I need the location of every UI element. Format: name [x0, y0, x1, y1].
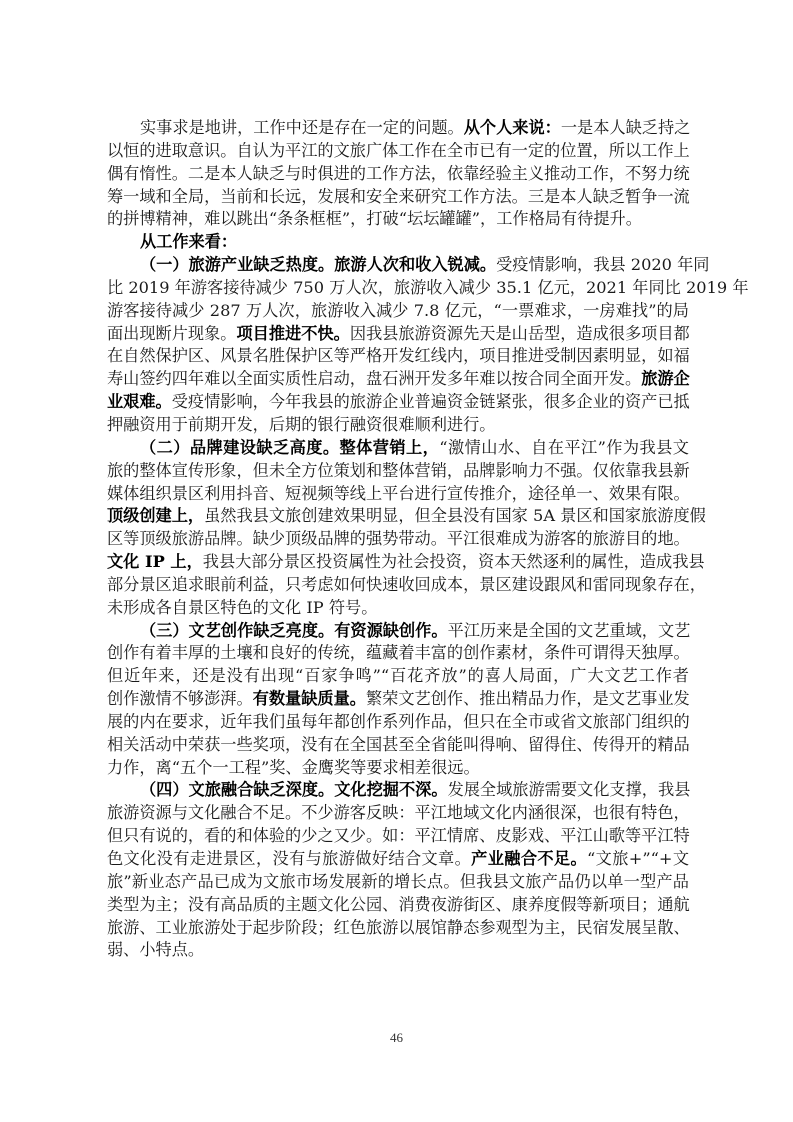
text-run: 游客接待减少 287 万人次，旅游收入减少 7.8 亿元，“一票难求，一房难找”… [107, 301, 689, 320]
text-run: 但只有说的，看的和体验的少之又少。如：平江情席、皮影戏、平江山歌等平江特 [107, 826, 690, 845]
body-text: 实事求是地讲，工作中还是存在一定的问题。从个人来说：一是本人缺乏持之以恒的进取意… [107, 117, 689, 962]
text-run: 类型为主；没有高品质的主题文化公园、消费夜游街区、康养度假等新项目；通航 [107, 895, 690, 914]
text-line: 色文化没有走进景区，没有与旅游做好结合文章。产业融合不足。“文旅+”“+文 [107, 848, 689, 871]
text-line: 旅”新业态产品已成为文旅市场发展新的增长点。但我县文旅产品仍以单一型产品 [107, 871, 689, 894]
text-run: 偶有惰性。二是本人缺乏与时俱进的工作方法，依靠经验主义推动工作，不努力统 [107, 164, 690, 183]
text-run: 区等顶级旅游品牌。缺少顶级品牌的强势带动。平江很难成为游客的旅游目的地。 [107, 529, 690, 548]
text-line: 媒体组织景区利用抖音、短视频等线上平台进行宣传推介，途径单一、效果有限。 [107, 483, 689, 506]
page-number: 46 [0, 1030, 793, 1046]
text-line: 展的内在要求，近年我们虽每年都创作系列作品，但只在全市或省文旅部门组织的 [107, 711, 689, 734]
bold-phrase: 从工作来看： [140, 232, 237, 251]
bold-phrase: （四）文旅融合缺乏深度。文化挖掘不深。 [140, 780, 448, 799]
text-line: （二）品牌建设缺乏高度。整体营销上，“激情山水、自在平江”作为我县文 [107, 437, 689, 460]
text-line: 比 2019 年游客接待减少 750 万人次，旅游收入减少 35.1 亿元，20… [107, 277, 689, 300]
text-line: （一）旅游产业缺乏热度。旅游人次和收入锐减。受疫情影响，我县 2020 年同 [107, 254, 689, 277]
text-run: 比 2019 年游客接待减少 750 万人次，旅游收入减少 35.1 亿元，20… [107, 278, 749, 297]
text-run: 因我县旅游资源先天是山岳型，造成很多项目都 [350, 324, 690, 343]
bold-phrase: （一）旅游产业缺乏热度。旅游人次和收入锐减。 [140, 255, 496, 274]
text-line: （四）文旅融合缺乏深度。文化挖掘不深。发展全域旅游需要文化支撑，我县 [107, 779, 689, 802]
paragraph-work-perspective-heading: 从工作来看： [107, 231, 689, 254]
text-line: 从工作来看： [107, 231, 689, 254]
text-run: 展的内在要求，近年我们虽每年都创作系列作品，但只在全市或省文旅部门组织的 [107, 712, 690, 731]
bold-phrase: 顶级创建上， [107, 506, 204, 525]
text-line: 顶级创建上，虽然我县文旅创建效果明显，但全县没有国家 5A 景区和国家旅游度假 [107, 505, 689, 528]
text-line: 偶有惰性。二是本人缺乏与时俱进的工作方法，依靠经验主义推动工作，不努力统 [107, 163, 689, 186]
text-line: 类型为主；没有高品质的主题文化公园、消费夜游街区、康养度假等新项目；通航 [107, 894, 689, 917]
text-line: 旅游、工业旅游处于起步阶段；红色旅游以展馆静态参观型为主，民宿发展呈散、 [107, 917, 689, 940]
text-line: 未形成各自景区特色的文化 IP 符号。 [107, 597, 689, 620]
text-run: 筹一域和全局，当前和长远，发展和安全来研究工作方法。三是本人缺乏暂争一流 [107, 187, 690, 206]
text-run: 媒体组织景区利用抖音、短视频等线上平台进行宣传推介，途径单一、效果有限。 [107, 484, 690, 503]
text-line: 弱、小特点。 [107, 939, 689, 962]
text-run: 力作，离“五个一工程”奖、金鹰奖等要求相差很远。 [107, 758, 480, 777]
text-line: 创作激情不够澎湃。有数量缺质量。繁荣文艺创作、推出精品力作，是文艺事业发 [107, 688, 689, 711]
text-run: 虽然我县文旅创建效果明显，但全县没有国家 5A 景区和国家旅游度假 [204, 506, 706, 525]
text-run: “激情山水、自在平江”作为我县文 [439, 438, 689, 457]
bold-phrase: 旅游企 [641, 369, 690, 388]
text-run: 旅的整体宣传形象，但未全方位策划和整体营销，品牌影响力不强。仅依靠我县新 [107, 461, 690, 480]
text-run: 创作激情不够澎湃。 [107, 689, 253, 708]
bold-phrase: 业艰难。 [107, 392, 172, 411]
text-line: 文化 IP 上，我县大部分景区投资属性为社会投资，资本天然逐利的属性，造成我县 [107, 551, 689, 574]
bold-phrase: 文化 IP 上， [107, 552, 203, 571]
text-run: 色文化没有走进景区，没有与旅游做好结合文章。 [107, 849, 471, 868]
text-run: 在自然保护区、风景名胜保护区等严格开发红线内，项目推进受制因素明显，如福 [107, 346, 690, 365]
text-line: 旅游资源与文化融合不足。不少游客反映：平江地域文化内涵很深，也很有特色， [107, 802, 689, 825]
text-run: 一是本人缺乏持之 [561, 118, 691, 137]
text-run: 实事求是地讲，工作中还是存在一定的问题。 [140, 118, 464, 137]
paragraph-personal-issues: 实事求是地讲，工作中还是存在一定的问题。从个人来说：一是本人缺乏持之以恒的进取意… [107, 117, 689, 231]
text-run: 旅游、工业旅游处于起步阶段；红色旅游以展馆静态参观型为主，民宿发展呈散、 [107, 918, 690, 937]
text-run: 押融资用于前期开发，后期的银行融资很难顺利进行。 [107, 415, 496, 434]
paragraph-section-1-tourism: （一）旅游产业缺乏热度。旅游人次和收入锐减。受疫情影响，我县 2020 年同比 … [107, 254, 689, 437]
text-run: 创作有着丰厚的土壤和良好的传统，蕴藏着丰富的创作素材，条件可谓得天独厚。 [107, 643, 690, 662]
text-run: 面出现断片现象。 [107, 324, 237, 343]
bold-phrase: 有数量缺质量。 [253, 689, 366, 708]
text-run: 的拼博精神，难以跳出“条条框框”，打破“坛坛罐罐”，工作格局有待提升。 [107, 209, 642, 228]
text-line: 但近年来，还是没有出现“百家争鸣”“百花齐放”的喜人局面，广大文艺工作者 [107, 665, 689, 688]
text-line: 在自然保护区、风景名胜保护区等严格开发红线内，项目推进受制因素明显，如福 [107, 345, 689, 368]
text-line: 力作，离“五个一工程”奖、金鹰奖等要求相差很远。 [107, 757, 689, 780]
bold-phrase: （二）品牌建设缺乏高度。整体营销上， [140, 438, 439, 457]
text-line: 以恒的进取意识。自认为平江的文旅广体工作在全市已有一定的位置，所以工作上 [107, 140, 689, 163]
bold-phrase: 产业融合不足。 [471, 849, 587, 868]
text-run: 相关活动中荣获一些奖项，没有在全国甚至全省能叫得响、留得住、传得开的精品 [107, 735, 690, 754]
text-line: 创作有着丰厚的土壤和良好的传统，蕴藏着丰富的创作素材，条件可谓得天独厚。 [107, 642, 689, 665]
text-run: 以恒的进取意识。自认为平江的文旅广体工作在全市已有一定的位置，所以工作上 [107, 141, 690, 160]
text-line: 业艰难。受疫情影响，今年我县的旅游企业普遍资金链紧张，很多企业的资产已抵 [107, 391, 689, 414]
text-line: 面出现断片现象。项目推进不快。因我县旅游资源先天是山岳型，造成很多项目都 [107, 323, 689, 346]
text-line: 押融资用于前期开发，后期的银行融资很难顺利进行。 [107, 414, 689, 437]
text-line: 旅的整体宣传形象，但未全方位策划和整体营销，品牌影响力不强。仅依靠我县新 [107, 460, 689, 483]
text-run: 发展全域旅游需要文化支撑，我县 [448, 780, 691, 799]
text-run: 受疫情影响，我县 2020 年同 [496, 255, 709, 274]
text-run: 旅游资源与文化融合不足。不少游客反映：平江地域文化内涵很深，也很有特色， [107, 803, 690, 822]
text-run: 部分景区追求眼前利益，只考虑如何快速收回成本，景区建设跟风和雷同现象存在， [107, 575, 706, 594]
text-run: 但近年来，还是没有出现“百家争鸣”“百花齐放”的喜人局面，广大文艺工作者 [107, 666, 689, 685]
text-line: 但只有说的，看的和体验的少之又少。如：平江情席、皮影戏、平江山歌等平江特 [107, 825, 689, 848]
text-run: 繁荣文艺创作、推出精品力作，是文艺事业发 [366, 689, 690, 708]
text-line: 筹一域和全局，当前和长远，发展和安全来研究工作方法。三是本人缺乏暂争一流 [107, 186, 689, 209]
bold-phrase: （三）文艺创作缺乏亮度。有资源缺创作。 [140, 621, 448, 640]
text-run: 寿山签约四年难以全面实质性启动，盘石洲开发多年难以按合同全面开发。 [107, 369, 641, 388]
document-page: 实事求是地讲，工作中还是存在一定的问题。从个人来说：一是本人缺乏持之以恒的进取意… [0, 0, 793, 1122]
text-line: （三）文艺创作缺乏亮度。有资源缺创作。平江历来是全国的文艺重域，文艺 [107, 620, 689, 643]
text-line: 相关活动中荣获一些奖项，没有在全国甚至全省能叫得响、留得住、传得开的精品 [107, 734, 689, 757]
text-line: 寿山签约四年难以全面实质性启动，盘石洲开发多年难以按合同全面开发。旅游企 [107, 368, 689, 391]
text-run: 受疫情影响，今年我县的旅游企业普遍资金链紧张，很多企业的资产已抵 [172, 392, 690, 411]
bold-phrase: 从个人来说： [464, 118, 561, 137]
text-run: 弱、小特点。 [107, 940, 204, 959]
text-run: 旅”新业态产品已成为文旅市场发展新的增长点。但我县文旅产品仍以单一型产品 [107, 872, 689, 891]
text-run: 平江历来是全国的文艺重域，文艺 [448, 621, 691, 640]
text-run: 我县大部分景区投资属性为社会投资，资本天然逐利的属性，造成我县 [203, 552, 705, 571]
text-line: 部分景区追求眼前利益，只考虑如何快速收回成本，景区建设跟风和雷同现象存在， [107, 574, 689, 597]
text-line: 游客接待减少 287 万人次，旅游收入减少 7.8 亿元，“一票难求，一房难找”… [107, 300, 689, 323]
bold-phrase: 项目推进不快。 [237, 324, 350, 343]
paragraph-section-3-arts: （三）文艺创作缺乏亮度。有资源缺创作。平江历来是全国的文艺重域，文艺创作有着丰厚… [107, 620, 689, 780]
paragraph-section-2-brand: （二）品牌建设缺乏高度。整体营销上，“激情山水、自在平江”作为我县文旅的整体宣传… [107, 437, 689, 620]
text-line: 的拼博精神，难以跳出“条条框框”，打破“坛坛罐罐”，工作格局有待提升。 [107, 208, 689, 231]
text-run: 未形成各自景区特色的文化 IP 符号。 [107, 598, 377, 617]
text-line: 区等顶级旅游品牌。缺少顶级品牌的强势带动。平江很难成为游客的旅游目的地。 [107, 528, 689, 551]
text-line: 实事求是地讲，工作中还是存在一定的问题。从个人来说：一是本人缺乏持之 [107, 117, 689, 140]
text-run: “文旅+”“+文 [587, 849, 689, 868]
paragraph-section-4-integration: （四）文旅融合缺乏深度。文化挖掘不深。发展全域旅游需要文化支撑，我县旅游资源与文… [107, 779, 689, 962]
